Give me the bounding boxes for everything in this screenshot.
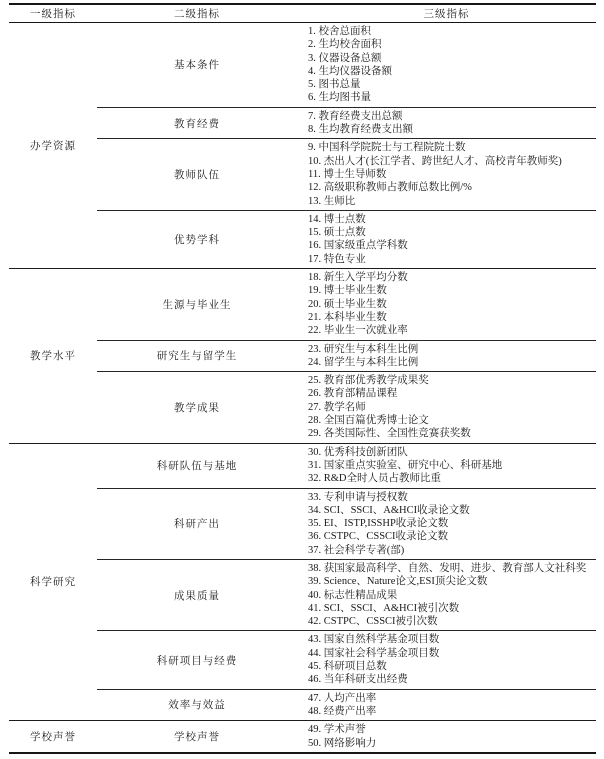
group-students-graduates: 生源与毕业生 18. 新生入学平均分数 19. 博士毕业生数 20. 硕士毕业生… — [97, 269, 596, 340]
level2-label: 优势学科 — [97, 211, 297, 268]
indicator-item: 4. 生均仪器设备额 — [308, 65, 596, 78]
header-level3: 三级指标 — [297, 6, 596, 21]
indicator-item: 11. 博士生导师数 — [308, 168, 596, 181]
indicator-item: 18. 新生入学平均分数 — [308, 271, 596, 284]
level2-label: 研究生与留学生 — [97, 341, 297, 372]
indicator-item: 16. 国家级重点学科数 — [308, 239, 596, 252]
indicator-list: 1. 校舍总面积 2. 生均校舍面积 3. 仪器设备总额 4. 生均仪器设备额 … — [297, 23, 596, 107]
indicator-item: 9. 中国科学院院士与工程院院士数 — [308, 141, 596, 154]
header-level1: 一级指标 — [9, 6, 97, 21]
group-basic-conditions: 基本条件 1. 校舍总面积 2. 生均校舍面积 3. 仪器设备总额 4. 生均仪… — [97, 23, 596, 108]
indicator-item: 37. 社会科学专著(部) — [308, 544, 596, 557]
level2-label: 教育经费 — [97, 108, 297, 139]
indicator-item: 28. 全国百篇优秀博士论文 — [308, 414, 596, 427]
indicator-list: 18. 新生入学平均分数 19. 博士毕业生数 20. 硕士毕业生数 21. 本… — [297, 269, 596, 339]
indicator-item: 15. 硕士点数 — [308, 226, 596, 239]
indicator-item: 1. 校舍总面积 — [308, 25, 596, 38]
indicator-item: 2. 生均校舍面积 — [308, 38, 596, 51]
indicator-item: 34. SCI、SSCI、A&HCI收录论文数 — [308, 504, 596, 517]
level2-label: 科研产出 — [97, 489, 297, 559]
indicator-item: 30. 优秀科技创新团队 — [308, 446, 596, 459]
indicator-list: 49. 学术声誉 50. 网络影响力 — [297, 721, 596, 752]
level1-label: 科学研究 — [9, 444, 97, 721]
section-teaching: 教学水平 生源与毕业生 18. 新生入学平均分数 19. 博士毕业生数 20. … — [9, 269, 596, 444]
level2-label: 科研项目与经费 — [97, 631, 297, 688]
indicator-item: 3. 仪器设备总额 — [308, 52, 596, 65]
level2-label: 成果质量 — [97, 560, 297, 630]
group-faculty: 教师队伍 9. 中国科学院院士与工程院院士数 10. 杰出人才(长江学者、跨世纪… — [97, 139, 596, 210]
indicator-item: 13. 生师比 — [308, 195, 596, 208]
indicator-item: 42. CSTPC、CSSCI被引次数 — [308, 615, 596, 628]
indicator-item: 43. 国家自然科学基金项目数 — [308, 633, 596, 646]
indicator-item: 32. R&D全时人员占教师比重 — [308, 472, 596, 485]
indicator-item: 33. 专利申请与授权数 — [308, 491, 596, 504]
indicator-item: 12. 高级职称教师占教师总数比例/% — [308, 181, 596, 194]
indicator-item: 24. 留学生与本科生比例 — [308, 356, 596, 369]
indicator-item: 10. 杰出人才(长江学者、跨世纪人才、高校青年教师奖) — [308, 155, 596, 168]
section-groups: 生源与毕业生 18. 新生入学平均分数 19. 博士毕业生数 20. 硕士毕业生… — [97, 269, 596, 443]
section-reputation: 学校声誉 学校声誉 49. 学术声誉 50. 网络影响力 — [9, 721, 596, 752]
indicator-list: 38. 获国家最高科学、自然、发明、进步、教育部人文社科奖 39. Scienc… — [297, 560, 596, 630]
indicator-item: 50. 网络影响力 — [308, 737, 596, 750]
indicator-list: 14. 博士点数 15. 硕士点数 16. 国家级重点学科数 17. 特色专业 — [297, 211, 596, 268]
level2-label: 效率与效益 — [97, 690, 297, 721]
section-groups: 学校声誉 49. 学术声誉 50. 网络影响力 — [97, 721, 596, 752]
section-resources: 办学资源 基本条件 1. 校舍总面积 2. 生均校舍面积 3. 仪器设备总额 4… — [9, 23, 596, 269]
indicator-item: 6. 生均图书量 — [308, 91, 596, 104]
group-efficiency-benefit: 效率与效益 47. 人均产出率 48. 经费产出率 — [97, 690, 596, 721]
section-groups: 科研队伍与基地 30. 优秀科技创新团队 31. 国家重点实验室、研究中心、科研… — [97, 444, 596, 721]
level2-label: 教师队伍 — [97, 139, 297, 209]
indicator-item: 41. SCI、SSCI、A&HCI被引次数 — [308, 602, 596, 615]
indicator-item: 5. 图书总量 — [308, 78, 596, 91]
indicator-item: 7. 教育经费支出总额 — [308, 110, 596, 123]
level2-label: 科研队伍与基地 — [97, 444, 297, 488]
table-header-row: 一级指标 二级指标 三级指标 — [9, 5, 596, 23]
level2-label: 教学成果 — [97, 372, 297, 442]
indicator-list: 9. 中国科学院院士与工程院院士数 10. 杰出人才(长江学者、跨世纪人才、高校… — [297, 139, 596, 209]
indicator-list: 25. 教育部优秀教学成果奖 26. 教育部精品课程 27. 教学名师 28. … — [297, 372, 596, 442]
indicator-item: 8. 生均教育经费支出额 — [308, 123, 596, 136]
indicator-table: 一级指标 二级指标 三级指标 办学资源 基本条件 1. 校舍总面积 2. 生均校… — [9, 3, 596, 754]
group-projects-funding: 科研项目与经费 43. 国家自然科学基金项目数 44. 国家社会科学基金项目数 … — [97, 631, 596, 689]
indicator-item: 20. 硕士毕业生数 — [308, 298, 596, 311]
level1-label: 学校声誉 — [9, 721, 97, 752]
level1-label: 办学资源 — [9, 23, 97, 268]
indicator-item: 36. CSTPC、CSSCI收录论文数 — [308, 530, 596, 543]
indicator-list: 23. 研究生与本科生比例 24. 留学生与本科生比例 — [297, 341, 596, 372]
indicator-item: 26. 教育部精品课程 — [308, 387, 596, 400]
indicator-item: 35. EI、ISTP,ISSHP收录论文数 — [308, 517, 596, 530]
group-school-reputation: 学校声誉 49. 学术声誉 50. 网络影响力 — [97, 721, 596, 752]
indicator-item: 14. 博士点数 — [308, 213, 596, 226]
indicator-list: 47. 人均产出率 48. 经费产出率 — [297, 690, 596, 721]
level2-label: 学校声誉 — [97, 721, 297, 752]
indicator-item: 47. 人均产出率 — [308, 692, 596, 705]
indicator-item: 31. 国家重点实验室、研究中心、科研基地 — [308, 459, 596, 472]
indicator-item: 19. 博士毕业生数 — [308, 284, 596, 297]
group-teaching-achievements: 教学成果 25. 教育部优秀教学成果奖 26. 教育部精品课程 27. 教学名师… — [97, 372, 596, 442]
level1-label: 教学水平 — [9, 269, 97, 443]
indicator-list: 7. 教育经费支出总额 8. 生均教育经费支出额 — [297, 108, 596, 139]
indicator-item: 40. 标志性精品成果 — [308, 589, 596, 602]
indicator-item: 44. 国家社会科学基金项目数 — [308, 647, 596, 660]
section-groups: 基本条件 1. 校舍总面积 2. 生均校舍面积 3. 仪器设备总额 4. 生均仪… — [97, 23, 596, 268]
indicator-item: 29. 各类国际性、全国性竞赛获奖数 — [308, 427, 596, 440]
group-advantage-disciplines: 优势学科 14. 博士点数 15. 硕士点数 16. 国家级重点学科数 17. … — [97, 211, 596, 268]
indicator-list: 43. 国家自然科学基金项目数 44. 国家社会科学基金项目数 45. 科研项目… — [297, 631, 596, 688]
indicator-item: 38. 获国家最高科学、自然、发明、进步、教育部人文社科奖 — [308, 562, 596, 575]
indicator-item: 21. 本科毕业生数 — [308, 311, 596, 324]
level2-label: 生源与毕业生 — [97, 269, 297, 339]
group-research-teams-bases: 科研队伍与基地 30. 优秀科技创新团队 31. 国家重点实验室、研究中心、科研… — [97, 444, 596, 489]
header-level2: 二级指标 — [97, 6, 297, 21]
group-postgrad-international: 研究生与留学生 23. 研究生与本科生比例 24. 留学生与本科生比例 — [97, 341, 596, 373]
indicator-item: 27. 教学名师 — [308, 401, 596, 414]
indicator-item: 49. 学术声誉 — [308, 723, 596, 736]
indicator-item: 23. 研究生与本科生比例 — [308, 343, 596, 356]
indicator-item: 48. 经费产出率 — [308, 705, 596, 718]
indicator-list: 30. 优秀科技创新团队 31. 国家重点实验室、研究中心、科研基地 32. R… — [297, 444, 596, 488]
group-education-funds: 教育经费 7. 教育经费支出总额 8. 生均教育经费支出额 — [97, 108, 596, 140]
indicator-list: 33. 专利申请与授权数 34. SCI、SSCI、A&HCI收录论文数 35.… — [297, 489, 596, 559]
group-achievement-quality: 成果质量 38. 获国家最高科学、自然、发明、进步、教育部人文社科奖 39. S… — [97, 560, 596, 631]
indicator-item: 25. 教育部优秀教学成果奖 — [308, 374, 596, 387]
indicator-item: 39. Science、Nature论文,ESI顶尖论文数 — [308, 575, 596, 588]
indicator-item: 22. 毕业生一次就业率 — [308, 324, 596, 337]
indicator-item: 45. 科研项目总数 — [308, 660, 596, 673]
group-research-output: 科研产出 33. 专利申请与授权数 34. SCI、SSCI、A&HCI收录论文… — [97, 489, 596, 560]
indicator-item: 46. 当年科研支出经费 — [308, 673, 596, 686]
section-research: 科学研究 科研队伍与基地 30. 优秀科技创新团队 31. 国家重点实验室、研究… — [9, 444, 596, 722]
level2-label: 基本条件 — [97, 23, 297, 107]
indicator-item: 17. 特色专业 — [308, 253, 596, 266]
